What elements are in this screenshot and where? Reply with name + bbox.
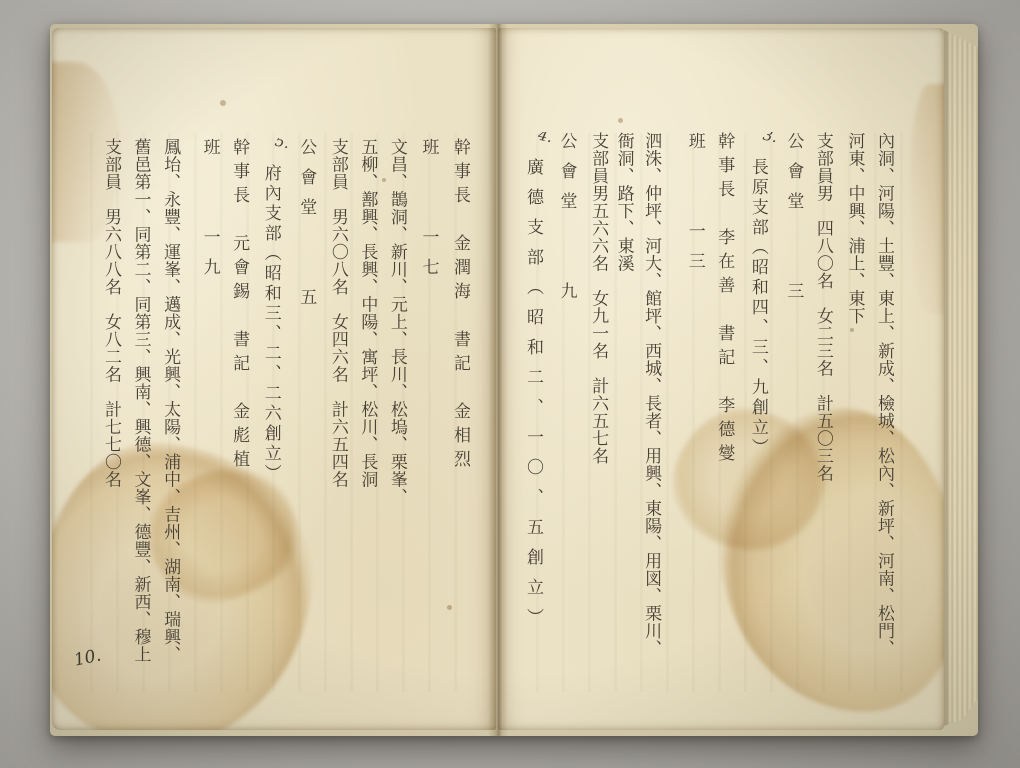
right-page: 內洞、河陽、土豐、東上、新成、檢城、松內、新坪、河南、松門、河東、中興、浦上、東… bbox=[498, 28, 944, 730]
column-text: 長原支部（昭和四、三、九創立） bbox=[749, 158, 768, 458]
section-number: 3. bbox=[761, 132, 779, 147]
text-column: 公會堂 五 bbox=[297, 138, 317, 700]
section-heading-column: 3.長原支部（昭和四、三、九創立） bbox=[748, 132, 768, 696]
text-column: 班 一七 bbox=[419, 138, 439, 700]
text-column: 班 一九 bbox=[200, 138, 220, 700]
text-column: 舊邑第一、同第二、同第三、興南、興德、文峯、德豐、新西、穆上 bbox=[131, 138, 151, 700]
column-text: 幹事長 李在善 書記 李德燮 bbox=[715, 132, 734, 468]
text-column: 支部員 男六八八名 女八二名 計七七〇名 bbox=[101, 138, 121, 700]
text-column: 公會堂 九 bbox=[557, 132, 577, 696]
column-text: 支部員 男六〇八名 女四六名 計六五四名 bbox=[329, 138, 348, 488]
column-text: 幹事長 金潤海 書記 金相烈 bbox=[451, 138, 470, 474]
foxing-speck bbox=[618, 118, 623, 123]
column-text: 班 一三 bbox=[686, 132, 705, 282]
text-column: 五柳、鄯興、長興、中陽、寓坪、松川、長洞 bbox=[358, 138, 378, 700]
text-column: 河東、中興、浦上、東下 bbox=[845, 132, 865, 696]
column-text: 內洞、河陽、土豐、東上、新成、檢城、松內、新坪、河南、松門、 bbox=[875, 132, 894, 657]
column-text: 鳳坮、永豐、運峯、邁成、光興、太陽、浦中、吉州、湖南、瑞興、 bbox=[161, 138, 180, 663]
column-text: 公會堂 五 bbox=[297, 138, 316, 318]
column-text: 公會堂 三 bbox=[784, 132, 803, 312]
section-heading-column: 5.府內支部（昭和三、二、二六創立） bbox=[261, 138, 281, 700]
column-text: 府內支部（昭和三、二、二六創立） bbox=[262, 164, 281, 484]
section-heading-column: 4.廣德支部（昭和二、一〇、五創立） bbox=[523, 132, 543, 696]
stain-blob bbox=[910, 84, 944, 314]
text-column: 泗洙、仲坪、河大、館坪、西城、長者、用興、東陽、用図、栗川、 bbox=[642, 132, 662, 696]
section-number: 5. bbox=[274, 138, 292, 153]
text-column: 公會堂 三 bbox=[784, 132, 804, 696]
left-page-text: 幹事長 金潤海 書記 金相烈班 一七文昌、鵲洞、新川、元上、長川、松塢、栗峯、五… bbox=[94, 138, 470, 700]
text-column: 鳳坮、永豐、運峯、邁成、光興、太陽、浦中、吉州、湖南、瑞興、 bbox=[161, 138, 181, 700]
column-text: 五柳、鄯興、長興、中陽、寓坪、松川、長洞 bbox=[358, 138, 377, 488]
text-column: 支部員男 四八〇名 女二三名 計五〇三名 bbox=[813, 132, 833, 696]
column-text: 班 一九 bbox=[201, 138, 220, 288]
column-text: 文昌、鵲洞、新川、元上、長川、松塢、栗峯、 bbox=[388, 138, 407, 506]
text-column: 幹事長 李在善 書記 李德燮 bbox=[715, 132, 735, 696]
column-text: 公會堂 九 bbox=[558, 132, 577, 312]
left-page: 幹事長 金潤海 書記 金相烈班 一七文昌、鵲洞、新川、元上、長川、松塢、栗峯、五… bbox=[52, 28, 496, 730]
text-column: 文昌、鵲洞、新川、元上、長川、松塢、栗峯、 bbox=[387, 138, 407, 700]
text-column: 支部員 男六〇八名 女四六名 計六五四名 bbox=[328, 138, 348, 700]
text-column: 幹事長 元會錫 書記 金彪植 bbox=[230, 138, 250, 700]
column-text: 衙洞、路下、東溪 bbox=[615, 132, 634, 272]
open-book: 幹事長 金潤海 書記 金相烈班 一七文昌、鵲洞、新川、元上、長川、松塢、栗峯、五… bbox=[50, 24, 978, 736]
section-number: 4. bbox=[536, 132, 554, 147]
page-edge-stack bbox=[944, 30, 978, 726]
foxing-speck bbox=[220, 100, 226, 106]
column-text: 班 一七 bbox=[419, 138, 438, 288]
column-text: 支部員男五六六名 女九一名 計六五七名 bbox=[589, 132, 608, 465]
text-column: 衙洞、路下、東溪 bbox=[614, 132, 634, 696]
column-text: 舊邑第一、同第二、同第三、興南、興德、文峯、德豐、新西、穆上 bbox=[132, 138, 151, 663]
photo-background: 幹事長 金潤海 書記 金相烈班 一七文昌、鵲洞、新川、元上、長川、松塢、栗峯、五… bbox=[0, 0, 1020, 768]
column-text: 泗洙、仲坪、河大、館坪、西城、長者、用興、東陽、用図、栗川、 bbox=[642, 132, 661, 657]
column-text: 支部員男 四八〇名 女二三名 計五〇三名 bbox=[814, 132, 833, 482]
text-column: 幹事長 金潤海 書記 金相烈 bbox=[450, 138, 470, 700]
column-text: 河東、中興、浦上、東下 bbox=[845, 132, 864, 325]
text-column: 內洞、河陽、土豐、東上、新成、檢城、松內、新坪、河南、松門、 bbox=[874, 132, 894, 696]
column-text: 支部員 男六八八名 女八二名 計七七〇名 bbox=[102, 138, 121, 488]
column-text: 幹事長 元會錫 書記 金彪植 bbox=[230, 138, 249, 474]
column-text: 廣德支部（昭和二、一〇、五創立） bbox=[524, 158, 543, 638]
text-column: 支部員男五六六名 女九一名 計六五七名 bbox=[589, 132, 609, 696]
right-page-text: 內洞、河陽、土豐、東上、新成、檢城、松內、新坪、河南、松門、河東、中興、浦上、東… bbox=[508, 132, 894, 696]
text-column: 班 一三 bbox=[685, 132, 705, 696]
